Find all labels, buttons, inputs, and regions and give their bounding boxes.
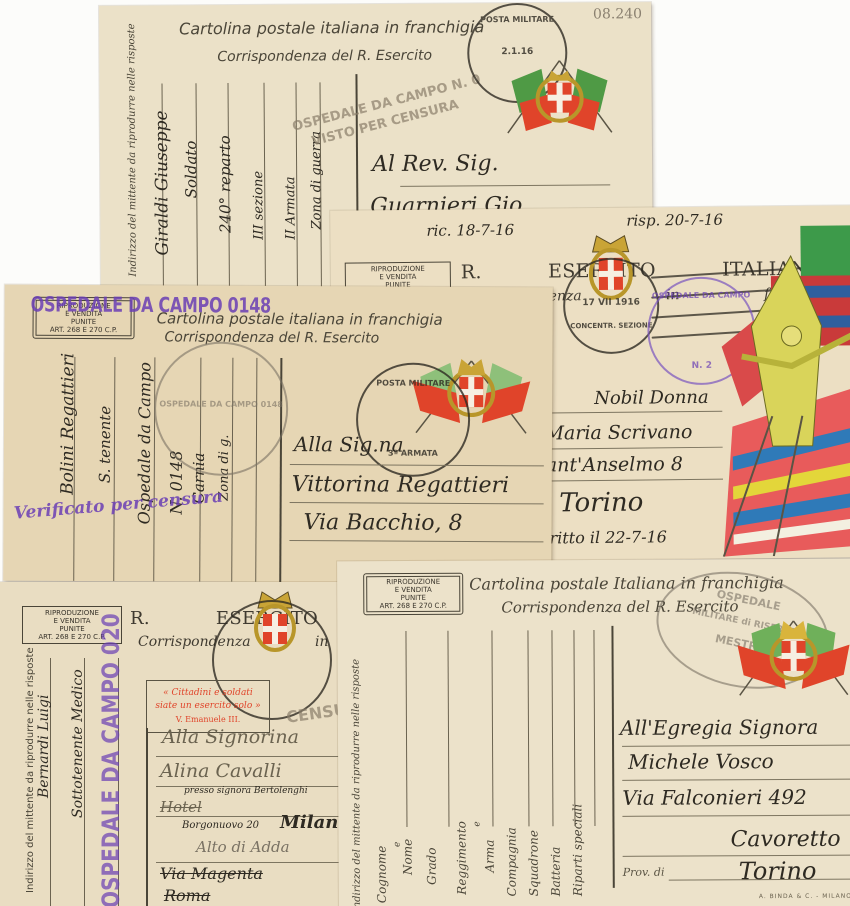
sender-unit: 240° reparto	[216, 135, 235, 233]
address-line	[523, 479, 723, 482]
field-label-reggimento: Reggimento	[454, 821, 468, 895]
field-line	[527, 630, 529, 826]
printer-imprint: A. BINDA & C. - MILANO	[759, 893, 850, 900]
addressee-line3: presso signora Bertolenghi	[184, 786, 308, 796]
address-line	[522, 411, 722, 414]
sender-name: Bolini Regattieri	[58, 353, 79, 495]
address-line	[400, 184, 610, 186]
addressee-line4: Torino	[559, 488, 643, 519]
field-line	[593, 630, 595, 826]
field-label-squadrone: Squadrone	[526, 830, 540, 896]
sender-label: Indirizzo del mittente da riprodurre nel…	[351, 659, 363, 906]
field-label-arma: Arma	[483, 840, 497, 873]
address-line	[156, 862, 346, 863]
addressee-line1: All'Egregia Signora	[620, 715, 818, 740]
savoy-crest-flags-icon	[499, 42, 620, 143]
address-line	[156, 756, 346, 757]
field-line	[573, 630, 575, 826]
sender-label: Indirizzo del mittente da riprodurre nel…	[25, 647, 36, 893]
header-line2: Corrispondenza del R. Esercito	[217, 48, 432, 65]
addressee-line8: Via Magenta	[160, 864, 263, 883]
postcard-bottom-left: RIPRODUZIONE E VENDITA PUNITE ART. 268 E…	[0, 582, 346, 906]
field-line	[405, 631, 407, 827]
sender-name: Giraldi Giuseppe	[152, 110, 173, 255]
addressee-line4: Cavoretto	[730, 827, 840, 853]
censor-script-stamp: Verificato per censura	[13, 487, 224, 524]
postmark: POSTA MILITARE 3ª ARMATA	[356, 362, 471, 477]
sender-name: Bernardi Luigi	[36, 695, 52, 798]
address-line	[290, 502, 544, 504]
header-line2: Corrispondenza del R. Esercito	[164, 329, 379, 346]
sender-rank: Soldato	[182, 141, 200, 199]
sender-rank: S. tenente	[96, 406, 114, 483]
sender-army: II Armata	[283, 176, 298, 239]
divider-line	[611, 626, 614, 888]
address-line	[289, 540, 543, 542]
sender-rank: Sottotenente Medico	[70, 669, 86, 818]
province-label: Prov. di	[623, 866, 665, 879]
winged-victory-flags-illustration	[710, 215, 850, 557]
reproduction-notice: RIPRODUZIONE E VENDITA PUNITE ART. 268 E…	[363, 573, 463, 616]
addressee-line2: Vittorina Regattieri	[292, 472, 510, 498]
field-label-e2: e	[472, 821, 482, 826]
addressee-line2: Maria Scrivano	[544, 421, 692, 445]
hospital-postmark: OSPEDALE DA CAMPO 0148	[154, 341, 289, 476]
addressee-line5: Borgonuovo 20	[182, 820, 259, 831]
address-line	[622, 745, 850, 747]
addressee-line2: Michele Vosco	[628, 749, 774, 774]
addressee-line5: Torino	[739, 857, 817, 885]
field-line	[491, 631, 493, 827]
divider-line	[146, 728, 148, 906]
postcard-middle-left: RIPRODUZIONE E VENDITA PUNITE ART. 268 E…	[3, 285, 553, 584]
addressee-line9: Roma	[164, 886, 210, 905]
field-line	[551, 630, 553, 826]
addressee-line4: Hotel	[160, 798, 202, 816]
sender-label: Indirizzo del mittente da riprodurre nel…	[126, 23, 139, 276]
address-line	[523, 447, 723, 450]
header-line1: Cartolina postale italiana in franchigia	[157, 309, 443, 328]
field-line	[447, 631, 449, 827]
field-label-nome: Nome	[401, 839, 415, 875]
field-label-batteria: Batteria	[549, 847, 563, 897]
addressee-line3: Sant'Anselmo 8	[533, 453, 683, 477]
addressee-line1: Al Rev. Sig.	[372, 151, 499, 177]
field-label-grado: Grado	[425, 847, 439, 884]
field-label-cognome: Cognome	[375, 846, 389, 904]
replied-note: risp. 20-7-16	[626, 211, 723, 230]
field-label-riparti: Riparti speciali	[570, 804, 584, 896]
address-line	[622, 779, 850, 781]
addressee-line1: Alla Signorina	[162, 726, 299, 748]
addressee-line3: Via Bacchio, 8	[303, 510, 462, 536]
addressee-line1: Nobil Donna	[594, 387, 709, 409]
postcard-bottom-right: RIPRODUZIONE E VENDITA PUNITE ART. 268 E…	[337, 559, 850, 906]
sender-section: III sezione	[251, 171, 266, 240]
corner-note: 08.240	[593, 6, 642, 22]
postmark: 17 VII 1916 CONCENTR. SEZIONE	[563, 257, 660, 354]
addressee-line3: Via Falconieri 492	[622, 785, 807, 810]
addressee-line2: Alina Cavalli	[160, 760, 282, 782]
savoy-crest-flags-icon	[733, 603, 850, 704]
received-note: ric. 18-7-16	[426, 221, 514, 240]
addressee-line1: Alla Sig.na	[294, 432, 404, 457]
addressee-line6: Milano	[280, 812, 346, 833]
hospital-stamp-vertical: OSPEDALE DA CAMPO 020	[96, 613, 125, 906]
addressee-line7: Alto di Adda	[196, 838, 290, 856]
header-line1: Cartolina postale italiana in franchigia	[179, 17, 484, 38]
field-label-compagnia: Compagnia	[504, 827, 518, 896]
address-line	[622, 815, 850, 817]
